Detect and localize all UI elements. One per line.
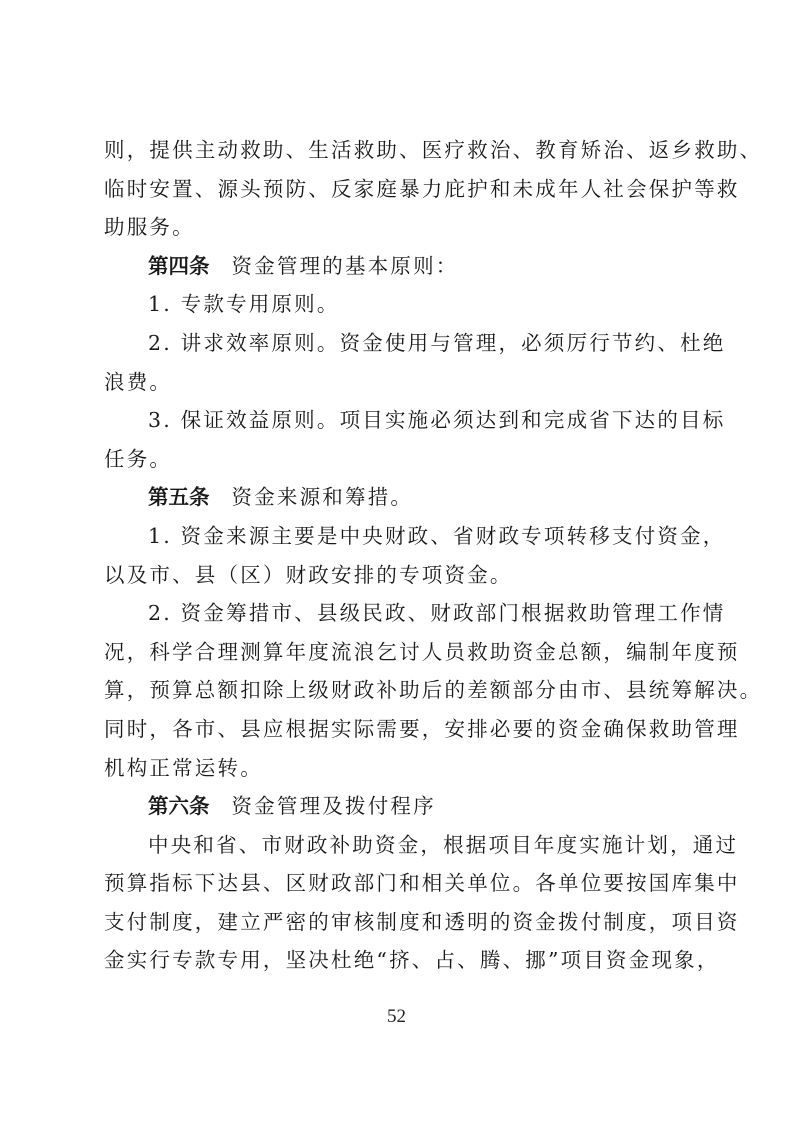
article-title: 资金来源和筹措。 [232,485,414,509]
text-line: 3. 保证效益原则。项目实施必须达到和完成省下达的目标 [104,401,692,440]
document-body: 则，提供主动救助、生活救助、医疗救治、教育矫治、返乡救助、 临时安置、源头预防、… [104,131,692,980]
text-line: 1. 资金来源主要是中央财政、省财政专项转移支付资金， [104,517,692,556]
text-line: 算，预算总额扣除上级财政补助后的差额部分由市、县统筹解决。 [104,671,692,710]
article-title: 资金管理及拨付程序 [232,794,436,818]
text-line: 则，提供主动救助、生活救助、医疗救治、教育矫治、返乡救助、 [104,131,692,170]
text-line: 同时，各市、县应根据实际需要，安排必要的资金确保救助管理 [104,710,692,749]
article-4-item-1: 1. 专款专用原则。 [104,285,692,324]
article-number: 第五条 [148,485,210,509]
text-line: 金实行专款专用，坚决杜绝“挤、占、腾、挪”项目资金现象， [104,941,692,980]
text-line: 任务。 [104,440,692,479]
text-line: 况，科学合理测算年度流浪乞讨人员救助资金总额，编制年度预 [104,633,692,672]
page-number: 52 [0,1006,793,1028]
article-number: 第六条 [148,794,210,818]
text-line: 临时安置、源头预防、反家庭暴力庇护和未成年人社会保护等救 [104,170,692,209]
article-4-item-3: 3. 保证效益原则。项目实施必须达到和完成省下达的目标 任务。 [104,401,692,478]
article-6-body: 中央和省、市财政补助资金，根据项目年度实施计划，通过 预算指标下达县、区财政部门… [104,826,692,980]
text-line: 以及市、县（区）财政安排的专项资金。 [104,556,692,595]
text-line: 2. 资金筹措市、县级民政、财政部门根据救助管理工作情 [104,594,692,633]
text-line: 预算指标下达县、区财政部门和相关单位。各单位要按国库集中 [104,864,692,903]
text-line: 助服务。 [104,208,692,247]
article-4-heading: 第四条资金管理的基本原则： [104,247,692,286]
text-line: 中央和省、市财政补助资金，根据项目年度实施计划，通过 [104,826,692,865]
article-5-heading: 第五条资金来源和筹措。 [104,478,692,517]
article-4-item-2: 2. 讲求效率原则。资金使用与管理，必须厉行节约、杜绝 浪费。 [104,324,692,401]
article-title: 资金管理的基本原则： [232,254,459,278]
article-5-item-1: 1. 资金来源主要是中央财政、省财政专项转移支付资金， 以及市、县（区）财政安排… [104,517,692,594]
text-line: 机构正常运转。 [104,749,692,788]
article-6-heading: 第六条资金管理及拨付程序 [104,787,692,826]
text-line: 2. 讲求效率原则。资金使用与管理，必须厉行节约、杜绝 [104,324,692,363]
article-number: 第四条 [148,254,210,278]
paragraph-services-continuation: 则，提供主动救助、生活救助、医疗救治、教育矫治、返乡救助、 临时安置、源头预防、… [104,131,692,247]
document-page: 则，提供主动救助、生活救助、医疗救治、教育矫治、返乡救助、 临时安置、源头预防、… [0,0,793,1122]
text-line: 1. 专款专用原则。 [148,285,692,324]
article-5-item-2: 2. 资金筹措市、县级民政、财政部门根据救助管理工作情 况，科学合理测算年度流浪… [104,594,692,787]
text-line: 浪费。 [104,363,692,402]
text-line: 支付制度，建立严密的审核制度和透明的资金拨付制度，项目资 [104,903,692,942]
